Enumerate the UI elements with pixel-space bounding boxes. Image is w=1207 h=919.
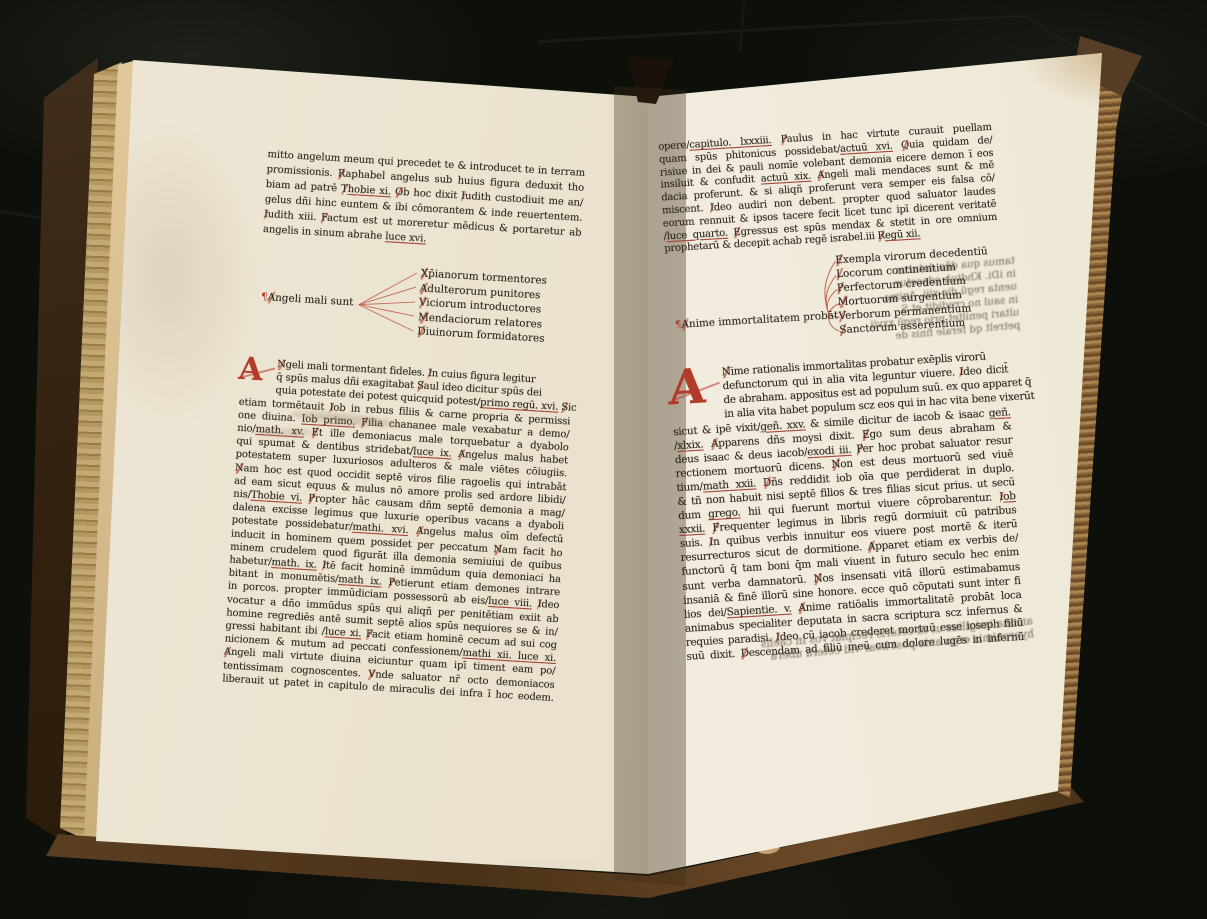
- left-branch-diagram: ¶Angeli mali sunt Xp̄ianorum tormentores…: [244, 256, 583, 364]
- branch-items: Xp̄ianorum tormentoresAdulterorum punito…: [417, 266, 549, 346]
- book-cover-bottom-edge: [0, 0, 1207, 919]
- right-page-text: tamus qua dña daturusin iDi. Khdtub edoc…: [652, 122, 1026, 665]
- gutter-shadow: [0, 0, 1207, 919]
- paragraph-lines: Ngeli mali tormentant fideles. In cuius …: [222, 356, 573, 705]
- clasp-remnant: [755, 840, 780, 855]
- photo-scene: mitto angelum meum qui precedet te & int…: [0, 0, 1207, 919]
- right-intro-paragraph: opere/capitulo. lxxxiii. Paulus in hac v…: [658, 122, 998, 257]
- fabric-seam: [0, 208, 138, 233]
- branch-items: Exempla virorum decedentiūLocorum contin…: [835, 245, 992, 337]
- decorated-initial: A: [238, 356, 278, 385]
- page-edges-stack-outer: [0, 0, 1207, 919]
- left-page: [0, 0, 1207, 919]
- right-main-paragraph: A Nime rationalis immortalitas probatur …: [669, 348, 1024, 663]
- fabric-seam: [538, 13, 1037, 42]
- left-page-text: mitto angelum meum qui precedet te & int…: [218, 146, 589, 705]
- left-main-paragraph: A Ngeli mali tormentant fideles. In cuiu…: [222, 356, 573, 705]
- book-cover-left-edge: [0, 0, 1207, 919]
- fabric-seam: [739, 0, 746, 50]
- right-branch-diagram: ¶Anime immortalitatem probāt Exempla vir…: [659, 245, 1008, 361]
- gutter-top-shadow: [0, 0, 1207, 919]
- left-intro-paragraph: mitto angelum meum qui precedet te & int…: [263, 147, 586, 256]
- decorated-initial: A: [669, 365, 723, 411]
- fabric-seam: [1027, 16, 1207, 131]
- paragraph-lines: Nime rationalis immortalitas probatur ex…: [669, 348, 1024, 663]
- book-foreedge-right: [0, 0, 1207, 919]
- page-edges-stack-inner: [0, 0, 1207, 919]
- book-corner-top-right: [0, 0, 1207, 919]
- right-page: [0, 0, 1207, 919]
